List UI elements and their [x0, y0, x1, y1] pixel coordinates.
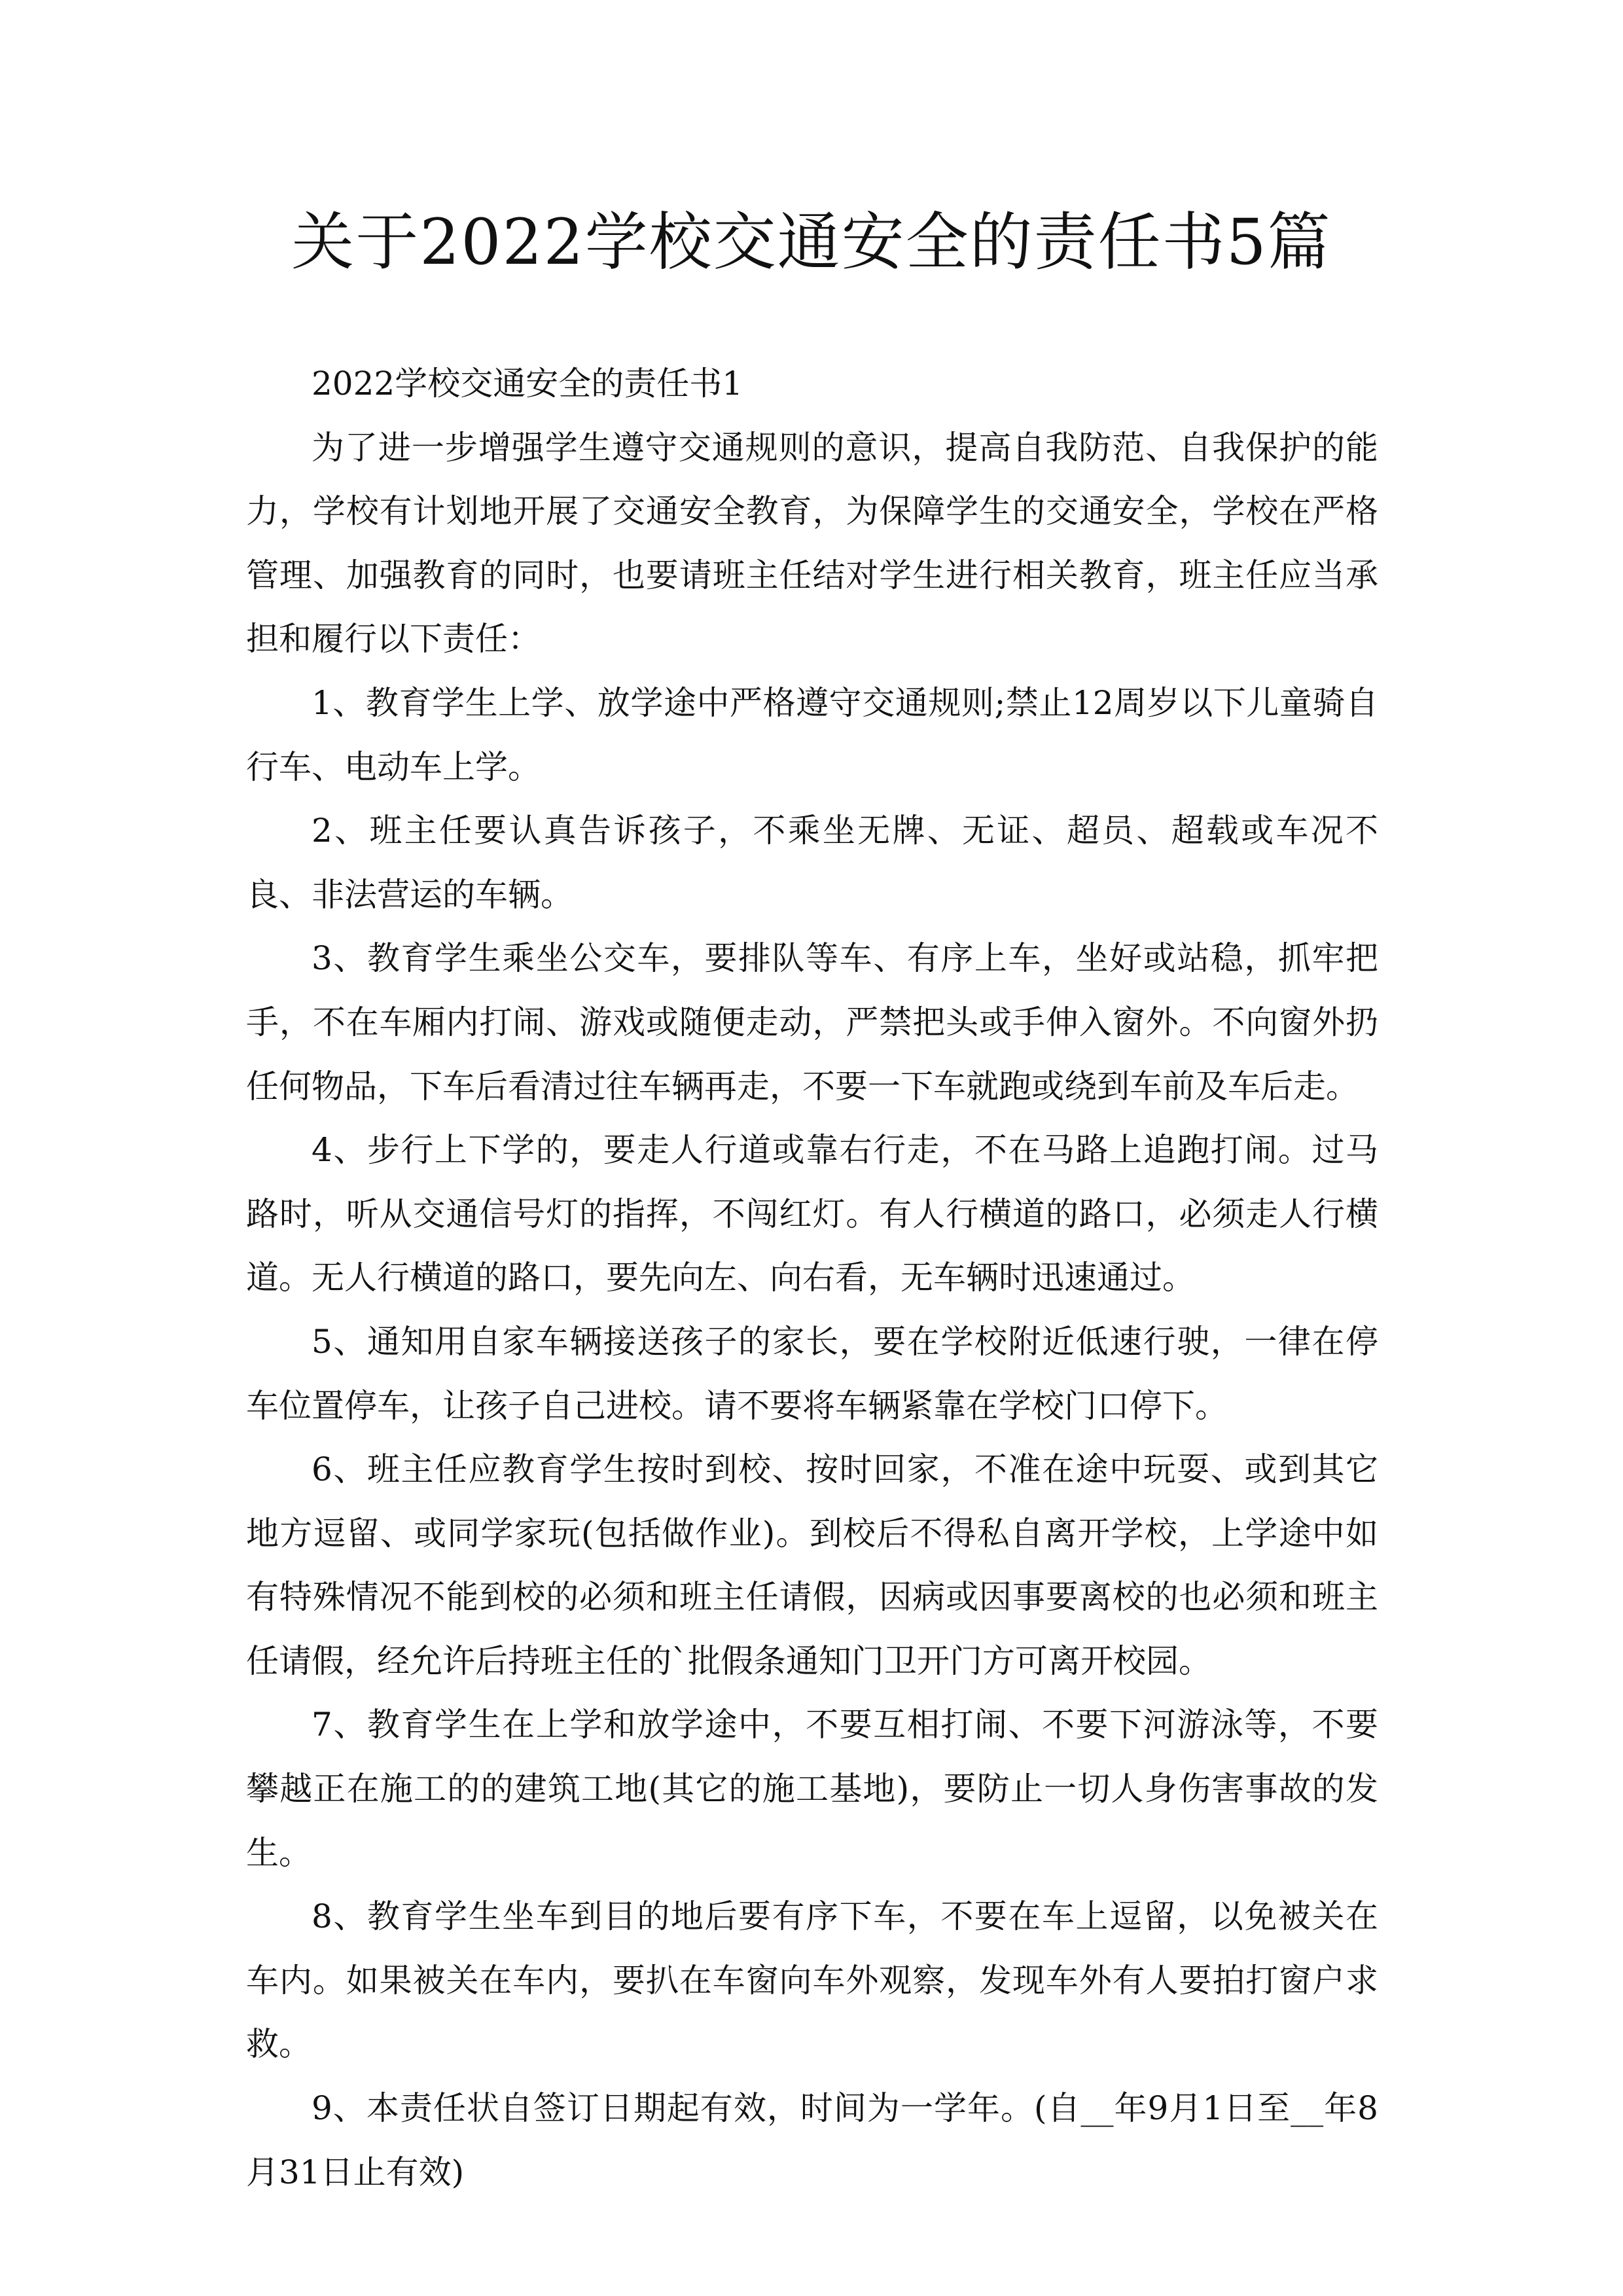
- list-item: 6、班主任应教育学生按时到校、按时回家，不准在途中玩耍、或到其它地方逗留、或同学…: [246, 1438, 1378, 1693]
- list-item: 1、教育学生上学、放学途中严格遵守交通规则;禁止12周岁以下儿童骑自行车、电动车…: [246, 672, 1378, 799]
- intro-paragraph: 为了进一步增强学生遵守交通规则的意识，提高自我防范、自我保护的能力，学校有计划地…: [246, 416, 1378, 672]
- list-item: 2、班主任要认真告诉孩子，不乘坐无牌、无证、超员、超载或车况不良、非法营运的车辆…: [246, 799, 1378, 927]
- document-body: 2022学校交通安全的责任书1 为了进一步增强学生遵守交通规则的意识，提高自我防…: [246, 352, 1378, 2204]
- list-item: 9、本责任状自签订日期起有效，时间为一学年。(自__年9月1日至__年8月31日…: [246, 2077, 1378, 2204]
- list-item: 3、教育学生乘坐公交车，要排队等车、有序上车，坐好或站稳，抓牢把手，不在车厢内打…: [246, 927, 1378, 1119]
- document-page: 关于2022学校交通安全的责任书5篇 2022学校交通安全的责任书1 为了进一步…: [0, 0, 1623, 2296]
- list-item: 8、教育学生坐车到目的地后要有序下车，不要在车上逗留，以免被关在车内。如果被关在…: [246, 1885, 1378, 2077]
- section-heading: 2022学校交通安全的责任书1: [246, 352, 1378, 416]
- list-item: 7、教育学生在上学和放学途中，不要互相打闹、不要下河游泳等，不要攀越正在施工的的…: [246, 1693, 1378, 1885]
- document-title: 关于2022学校交通安全的责任书5篇: [0, 196, 1623, 288]
- list-item: 5、通知用自家车辆接送孩子的家长，要在学校附近低速行驶，一律在停车位置停车，让孩…: [246, 1310, 1378, 1438]
- list-item: 4、步行上下学的，要走人行道或靠右行走，不在马路上追跑打闹。过马路时，听从交通信…: [246, 1119, 1378, 1310]
